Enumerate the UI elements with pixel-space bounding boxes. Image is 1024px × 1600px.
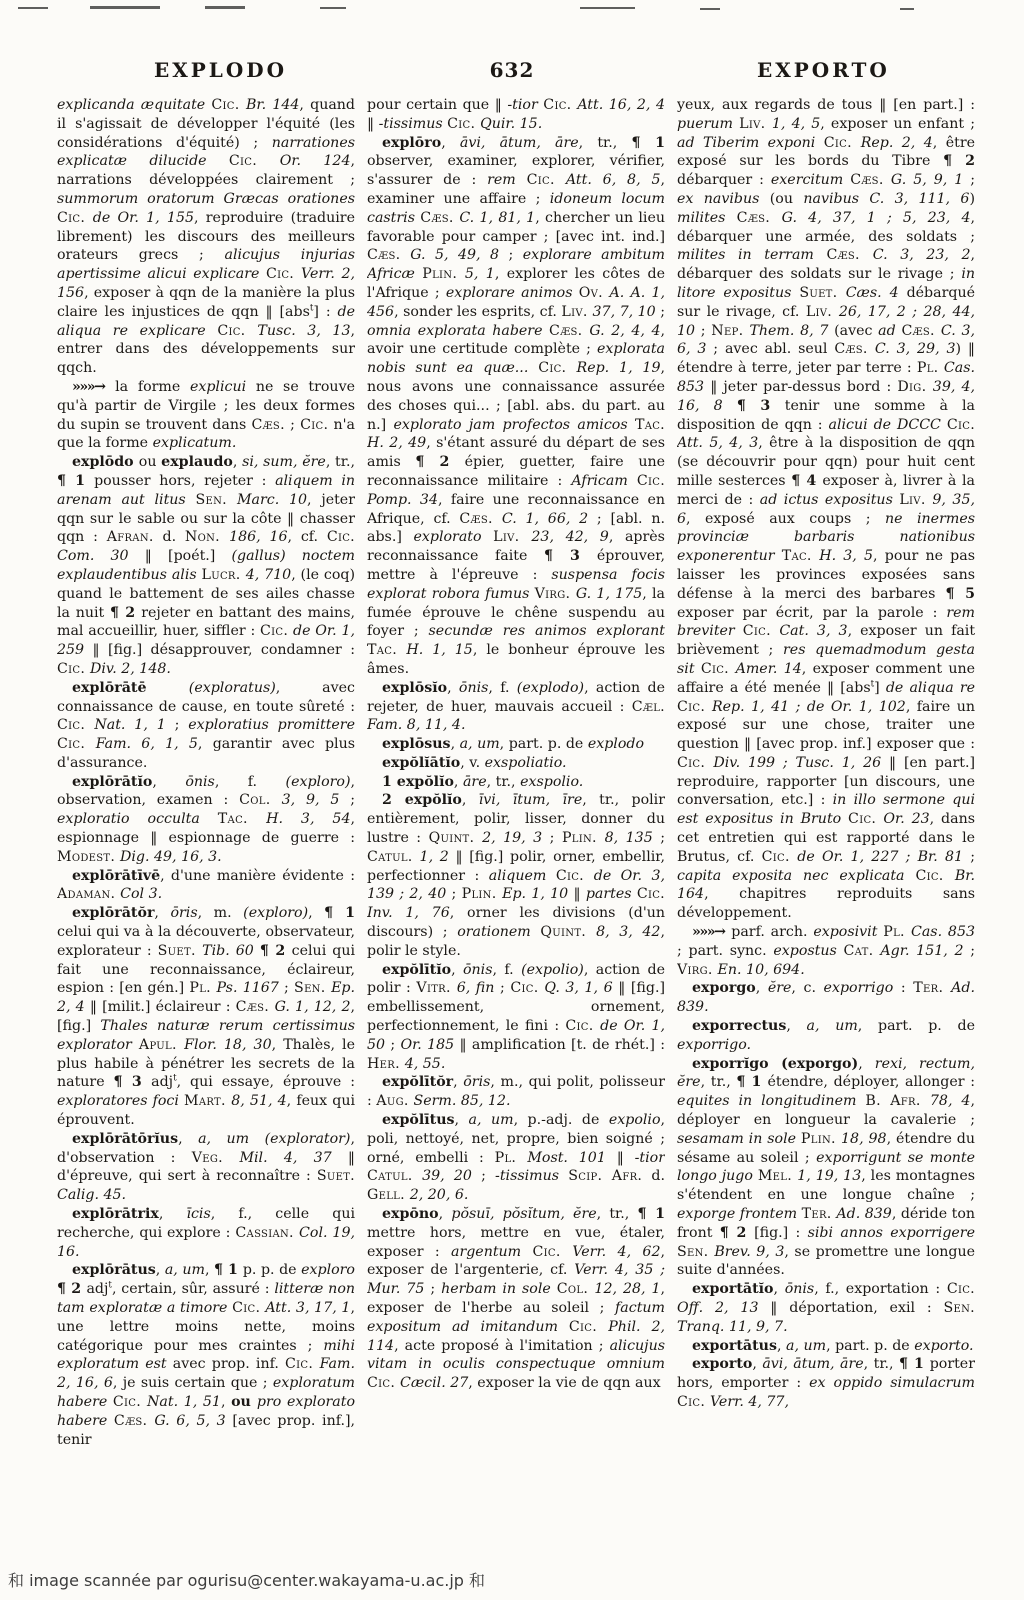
text-segment: Them. 8, 7 [749,323,828,339]
text-segment: Cic. [538,360,576,376]
bold-text: explōdo [72,454,139,470]
text-segment: Nat. 1, 51 [147,1394,221,1410]
bold-text: ou [231,1394,257,1410]
bold-text: explōrātīvē [72,868,160,884]
text-segment: Scip. Afr. [568,1168,642,1184]
text-segment: 1, 19, 13 [797,1168,861,1184]
text-segment: Tac. [218,811,266,827]
text-segment: ‖ [568,886,586,902]
text-segment: , je suis certain que ; [113,1375,273,1391]
text-segment: Catul. [367,849,420,865]
text-segment: G. 2, 4, 4 [589,323,660,339]
bold-text: expŏlĭātĭo [382,755,460,771]
entry-paragraph: exportātĭo, ōnis, f., exportation : Cic.… [677,1280,975,1336]
text-segment: Cic. [113,1394,147,1410]
text-segment: Cic. [260,623,288,639]
text-segment: ĕre [768,980,792,996]
text-segment: Cic. [232,1300,265,1316]
text-segment: (exploro) [286,774,351,790]
text-segment: Tib. 60 [202,943,260,959]
entry-paragraph: explōrātus, a, um, ¶ 1 p. p. de exploro … [57,1261,355,1449]
entry-paragraph: exporgo, ĕre, c. exporrigo : Ter. Ad. 83… [677,979,975,1017]
entry-paragraph: expŏlītĭo, ōnis, f. (expolio), action de… [367,961,665,1074]
text-segment: ; [385,1037,400,1053]
text-segment: ) [969,191,975,207]
text-segment: exploratio occulta [57,811,218,827]
text-segment: Cic. [637,886,665,902]
text-segment: ; [964,943,976,959]
text-segment: Lucr. [202,567,246,583]
text-segment: Cic. [300,417,328,433]
text-segment: alicui de DCCC [829,417,947,433]
text-segment: ] : [313,304,337,320]
text-segment: 2, 20, 6. [410,1187,469,1203]
text-segment: Cic. [367,1375,400,1391]
text-segment: ad ictus expositus [760,492,900,508]
text-segment: Cic. [677,1394,710,1410]
text-segment: Cic. [569,1319,608,1335]
text-segment: Liv. [806,304,839,320]
text-segment: -tior [635,1150,665,1166]
dictionary-page: EXPLODO 632 EXPORTO explicanda æquitate … [0,0,1024,1600]
bold-text: ¶ 1 [736,1074,767,1090]
text-segment: Cic. [211,97,246,113]
text-segment: Quint. [429,830,483,846]
entry-paragraph: explōrātōrĭus, a, um (explorator), d'obs… [57,1130,355,1205]
text-segment: explicanda æquitate [57,97,211,113]
continuation-paragraph: pour certain que ‖ -tior Cic. Att. 16, 2… [367,96,665,134]
text-segment: 8, 51, 4 [231,1093,286,1109]
text-segment: , [455,1112,469,1128]
text-segment: ōris [463,1074,490,1090]
text-segment: sesamam in sole [677,1131,801,1147]
text-segment: ōris [170,905,197,921]
bold-text: ¶ 1 [631,135,665,151]
text-segment: Marc. 10 [237,492,307,508]
text-segment: exposer par écrit, par la parole : [677,605,946,621]
bold-text: explōro [382,135,441,151]
bold-text: explōsus [382,736,451,752]
text-segment: a, um [460,736,500,752]
entry-paragraph: explōro, āvi, ātum, āre, tr., ¶ 1 observ… [367,134,665,679]
text-segment: Afran. [107,529,154,545]
text-segment: Pl. [883,924,911,940]
text-segment: Cic. [217,323,257,339]
text-segment: explicui [190,379,256,395]
bold-text: exportātĭo [692,1281,774,1297]
text-segment: Rep. 2, 4 [861,135,933,151]
entry-paragraph: exporrectus, a, um, part. p. de exporrig… [677,1017,975,1055]
text-segment: Suet. [799,285,845,301]
text-segment: Vitr. [416,980,456,996]
text-segment: ex navibus [677,191,770,207]
text-segment: Adaman. [57,886,120,902]
text-segment: Mel. [758,1168,797,1184]
text-segment: Att. 5, 4, 3 [677,435,758,451]
text-segment: Verr. 4, 77, [710,1394,789,1410]
text-segment: , [462,792,479,808]
column-2: pour certain que ‖ -tior Cic. Att. 16, 2… [367,96,665,1574]
text-segment: [fig.] : [754,1225,808,1241]
remark-paragraph: »»»→ la forme explicui ne se trouve qu'à… [57,378,355,453]
text-segment: , qui essaye, éprouve : [177,1074,355,1090]
text-segment: Or. 23 [883,811,929,827]
text-segment: Cat. 3, 3 [779,623,847,639]
text-segment: Cic. [743,623,780,639]
text-segment: (exploro) [243,905,308,921]
text-segment: (ou [770,191,804,207]
text-segment: ] [874,680,886,696]
text-segment: Cæs. [420,210,459,226]
text-segment: Cæs. [549,323,589,339]
text-segment: Cic. [57,210,93,226]
entry-paragraph: explōrātīvē, d'une manière évidente : Ad… [57,867,355,905]
entry-paragraph: explōsĭo, ōnis, f. (explodo), action de … [367,679,665,735]
text-segment: ad Tiberim exponi [677,135,824,151]
text-segment: Apul. [139,1037,184,1053]
text-segment: ; [653,830,665,846]
text-segment: Tac. [782,548,820,564]
text-segment: (exploratus) [189,680,276,696]
bold-text: 2 expŏlĭo [382,792,462,808]
text-segment: Verr. 4, 62 [572,1244,660,1260]
text-segment: ōnis [185,774,215,790]
text-segment: Mil. 4, 37 [239,1150,331,1166]
text-segment: , c. [791,980,823,996]
bold-text: ¶ 4 [791,473,822,489]
bold-text: explōrātus [72,1262,156,1278]
text-segment: -tissimus [495,1168,568,1184]
text-segment: 39, 20 [422,1168,472,1184]
text-segment: Cat. [843,943,880,959]
text-segment: Plin. [462,886,502,902]
text-segment: Ter. [913,980,951,996]
text-segment: īcis [186,1206,210,1222]
text-segment: , exposer un enfant ; [820,116,975,132]
text-segment: ‖ [367,116,379,132]
text-segment: ; [695,323,711,339]
bold-text: expŏlītŏr [382,1074,453,1090]
text-segment: Q. 3, 1, 6 [544,980,612,996]
text-segment: si, sum, ĕre [242,454,326,470]
text-segment: ; [446,886,461,902]
text-segment: Cic. [229,153,280,169]
text-segment: , p.-adj. de [514,1112,609,1128]
text-segment: pousser hors, rejeter : [94,473,275,489]
text-segment: Liv. [899,492,932,508]
text-segment: rem [487,172,526,188]
text-segment: pŏsuī, pŏsĭtum, ĕre [451,1206,596,1222]
text-segment: Cic. [762,849,798,865]
text-segment: exporrigo. [677,1037,751,1053]
text-segment: ; [339,792,355,808]
text-segment: Cic. [447,116,480,132]
text-segment: Agr. 151, 2 [880,943,963,959]
text-segment: Dig. [897,379,932,395]
text-segment: explicatum. [153,435,237,451]
bold-text: ¶ 1 [324,905,355,921]
text-segment: Veg. [192,1150,240,1166]
text-segment: Col. [239,792,282,808]
text-segment: ōnis [459,680,489,696]
text-segment: milites in terram [677,247,826,263]
text-segment: Or. 185 [400,1037,454,1053]
text-segment: Cæs. [850,172,891,188]
text-segment: herbam in sole [441,1281,557,1297]
scan-credit: 和 image scannée par ogurisu@center.wakay… [8,1568,485,1591]
text-segment: débarquer : [677,172,771,188]
text-segment: explorato [414,529,494,545]
text-segment: Flor. 18, 30 [184,1037,271,1053]
bold-text: ¶ 3 [114,1074,152,1090]
text-segment: partes [586,886,637,902]
bold-text: ¶ 2 [720,1225,754,1241]
text-segment: la forme [115,379,190,395]
bold-text: expōno [382,1206,439,1222]
text-segment: Nat. 1, 1 [94,717,165,733]
text-segment: Quir. 15. [480,116,542,132]
text-segment: Gell. [367,1187,410,1203]
text-segment: Div. 2, 148. [90,661,171,677]
text-segment: Calig. 45. [57,1187,126,1203]
bold-text: explōsĭo [382,680,447,696]
text-segment: (explodo) [517,680,584,696]
text-segment: Cic. [543,97,577,113]
entry-paragraph: exportātus, a, um, part. p. de exporto. [677,1337,975,1356]
text-segment: de Or. 1, 227 ; Br. 81 [797,849,963,865]
text-segment: (expolio) [521,962,584,978]
text-segment: Att. 6, 8, 5 [566,172,661,188]
text-segment: C. 3, 29, 3 [875,341,956,357]
text-segment: 1, 4, 5 [772,116,820,132]
text-segment: adj [86,1281,108,1297]
bold-text: explōrātrix [72,1206,159,1222]
text-segment: Cic. [565,1018,600,1034]
text-segment: , [439,1206,452,1222]
text-segment: Inv. 1, 76 [367,905,450,921]
text-segment: exploratores foci [57,1093,184,1109]
text-segment: , chapitres reproduits sans développemen… [677,886,975,921]
text-segment: p. p. de [243,1262,301,1278]
text-segment: , [152,774,185,790]
text-segment: Cic. [947,1281,975,1297]
text-segment: Cæs. [834,341,875,357]
column-1: explicanda æquitate Cic. Br. 144, quand … [57,96,355,1574]
text-segment: Brev. 9, 3 [714,1244,784,1260]
bold-text: ¶ 2 [943,153,975,169]
text-segment: ‖ [606,1150,635,1166]
entry-paragraph: 1 expŏlĭo, āre, tr., exspolio. [367,773,665,792]
text-segment: ; avec abl. seul [706,341,834,357]
text-segment: Cic. [57,661,90,677]
text-segment: Tusc. 3, 13 [257,323,350,339]
text-segment: Sen. [677,1244,714,1260]
text-segment: aliquem [489,868,556,884]
bold-text: ¶ 2 [415,454,464,470]
text-segment: Nep. [711,323,749,339]
entry-paragraph: explōsus, a, um, part. p. de explodo [367,735,665,754]
text-segment: ; [656,304,665,320]
text-segment: ; [963,172,975,188]
text-segment: ōnis [785,1281,815,1297]
bold-text: expŏlītĭo [382,962,451,978]
entry-paragraph: explōrātŏr, ōris, m. (exploro), ¶ 1 celu… [57,904,355,1130]
text-columns: explicanda æquitate Cic. Br. 144, quand … [57,96,975,1574]
text-segment: ; [285,417,300,433]
text-segment: Cic. [285,1356,320,1372]
text-segment: , tr., [579,135,632,151]
text-segment: , [159,1206,187,1222]
text-segment: Cic. [915,868,954,884]
text-segment: 23, 42, 9 [531,529,608,545]
text-segment: ou [139,454,161,470]
text-segment: Att. 3, 17, 1 [265,1300,350,1316]
text-segment: Virg. [677,962,718,978]
text-segment: Cic. [510,980,544,996]
text-segment: Cæs. [251,417,284,433]
text-segment: G. 4, 37, 1 ; 5, 23, 4 [782,210,971,226]
text-segment: Fam. 6, 1, 5 [96,736,198,752]
text-segment: ; [166,717,189,733]
text-segment: Fam. 8, 11, 4. [367,717,465,733]
text-segment: Non. [185,529,229,545]
text-segment: , tr., [326,454,355,470]
text-segment: , part. p. de [826,1338,914,1354]
text-segment: Com. 30 [57,548,129,564]
text-segment: , [756,980,768,996]
bold-text: ¶ 1 [57,473,94,489]
text-segment: equites in longitudinem [677,1093,865,1109]
text-segment: Sen. [944,1300,975,1316]
text-segment: Off. 2, 13 [677,1300,758,1316]
text-segment: Cic. [533,1244,573,1260]
text-segment: , [447,680,459,696]
text-segment: pour certain que ‖ [367,97,507,113]
text-segment: exercitum [771,172,850,188]
text-segment: Cic. [677,755,713,771]
text-segment: H. 3, 54 [266,811,350,827]
text-segment: Rep. 1, 19 [577,360,661,376]
text-segment: Cic. [637,473,665,489]
text-segment: Rep. 1, 41 ; de Or. 1, 102 [712,699,906,715]
text-segment: navibus C. 3, 111, 6 [803,191,969,207]
text-segment: , [752,1356,762,1372]
bold-text: ¶ 2 [260,943,292,959]
text-segment: , acte proposé à l'imitation ; [394,1338,609,1354]
text-segment: , [221,1394,231,1410]
text-segment: , [154,905,170,921]
text-segment: exspolio. [520,774,583,790]
text-segment: Ad. 839 [836,1206,891,1222]
text-segment: , [205,1262,214,1278]
entry-paragraph: exporto, āvi, ātum, āre, tr., ¶ 1 porter… [677,1355,975,1411]
text-segment: explorato jam profectos amicos [394,417,635,433]
text-segment: ad [878,323,901,339]
text-segment: G. 5, 49, 8 [410,247,499,263]
text-segment: avec prop. inf. [173,1356,285,1372]
bold-text: explōrātē [72,680,189,696]
text-segment: Pl. [189,980,216,996]
text-segment: , [454,774,463,790]
text-segment: , sonder les esprits, cf. [394,304,561,320]
text-segment: Modest. [57,849,120,865]
text-segment: summorum oratorum Græcas orationes [57,191,355,207]
text-segment: Cic. [57,736,96,752]
text-segment: 78, 4 [930,1093,971,1109]
text-segment: āre [463,774,487,790]
text-segment: Her. [367,1056,405,1072]
text-segment: Virg. [535,586,576,602]
text-segment: C. 1, 81, 1 [459,210,535,226]
bold-text: 1 expŏlĭo [382,774,454,790]
text-segment: 12, 28, 1 [594,1281,660,1297]
text-segment: sibi annos exporrigere [808,1225,975,1241]
text-segment: Cic. [848,811,883,827]
text-segment: explodo [588,736,644,752]
entry-paragraph: exporrĭgo (exporgo), rexi, rectum, ĕre, … [677,1055,975,1281]
bold-text: explōrātĭo [72,774,152,790]
text-segment: Sen. [195,492,237,508]
text-segment: exploro [301,1262,355,1278]
text-segment: Ps. 1167 [217,980,279,996]
text-segment: a, um [786,1338,826,1354]
text-segment: , part. p. de [858,1018,975,1034]
text-segment: Suet. [158,943,202,959]
text-segment: exspoliatio. [485,755,567,771]
text-segment: ; part. sync. [677,943,773,959]
text-segment: Div. 199 ; Tusc. 1, 26 [713,755,881,771]
text-segment: Col 3. [120,886,162,902]
text-segment: Cic. [701,661,736,677]
text-segment: a, um [469,1112,514,1128]
text-segment: G. 6, 5, 3 [154,1413,225,1429]
entry-paragraph: explōdo ou explaudo, si, sum, ĕre, tr., … [57,453,355,679]
text-segment: H. 2, 49 [367,435,426,451]
text-segment: omnia explorata habere [367,323,549,339]
text-segment: Sen. [294,980,331,996]
bold-text: ¶ 3 [544,548,597,564]
bold-text: ¶ 1 [637,1206,665,1222]
text-segment: 1, 2 [420,849,449,865]
text-segment: ; [494,980,510,996]
text-segment: C. 1, 66, 2 [502,511,588,527]
text-segment: Or. 124 [280,153,351,169]
text-segment: Cæl. [632,699,665,715]
text-segment: ‖ [fig.] désapprouver, condamner : [84,642,355,658]
text-segment: étendre, déployer, allonger : [768,1074,975,1090]
bold-text: ¶ 2 [57,1281,86,1297]
text-segment: Suet. [317,1168,355,1184]
text-segment: , [774,1281,785,1297]
text-segment: 4, 710 [246,567,291,583]
text-segment: , [777,1338,786,1354]
entry-paragraph: 2 expŏlĭo, īvi, ītum, īre, tr., polir en… [367,791,665,960]
text-segment: Cæs. [737,210,782,226]
text-segment: H. 1, 15 [406,642,472,658]
text-segment: , f. [493,962,522,978]
text-segment: āvi, ātum, āre [762,1356,863,1372]
text-segment: expostus [773,943,843,959]
text-segment: Cassian. [235,1225,299,1241]
text-segment: de Or. 1, 155 [93,210,194,226]
entry-paragraph: expŏlĭātĭo, v. exspoliatio. [367,754,665,773]
text-segment: H. 3, 5 [819,548,873,564]
text-segment: , [786,1018,806,1034]
entry-paragraph: explōrātē (exploratus), avec connaissanc… [57,679,355,773]
text-segment: ōnis [463,962,493,978]
text-segment: Ep. 1, 10 [502,886,568,902]
text-segment: 4, 55. [405,1056,446,1072]
